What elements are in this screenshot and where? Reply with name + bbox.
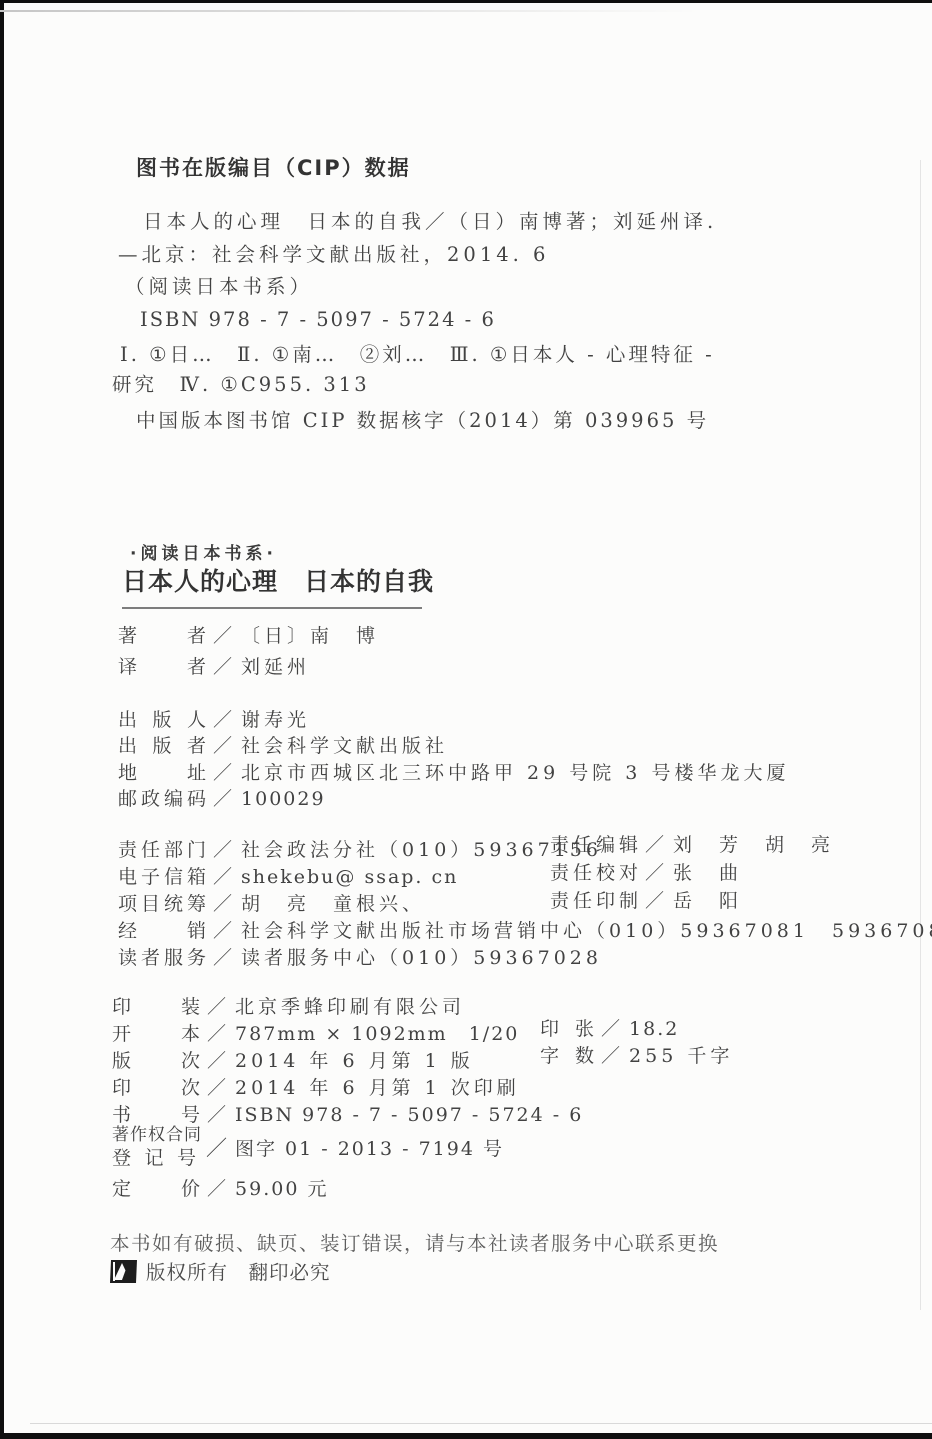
row-separator: ／ bbox=[207, 1075, 226, 1102]
page-edge-shadow-right bbox=[920, 160, 921, 1310]
info-row: 责任校对／张 曲 bbox=[550, 859, 834, 887]
row-value: 255 千字 bbox=[629, 1045, 733, 1067]
row-separator: ／ bbox=[213, 707, 232, 733]
publisher-logo-icon bbox=[110, 1260, 137, 1283]
row-label: 著者 bbox=[118, 621, 206, 652]
row-value: ISBN 978 - 7 - 5097 - 5724 - 6 bbox=[235, 1104, 583, 1126]
row-label: 字数 bbox=[540, 1043, 594, 1070]
cip-classification: Ⅰ. ①日… Ⅱ. ①南… ②刘… Ⅲ. ①日本人 - 心理特征 - 研究 Ⅳ.… bbox=[112, 340, 715, 400]
row-separator: ／ bbox=[601, 1043, 620, 1070]
info-row: 经销／社会科学文献出版社市场营销中心（010）59367081 59367089 bbox=[118, 918, 932, 945]
row-separator: ／ bbox=[207, 994, 226, 1021]
row-value: 18.2 bbox=[629, 1018, 679, 1040]
registration-value: 图字 01 - 2013 - 7194 号 bbox=[235, 1134, 504, 1161]
info-row: 印张／18.2 bbox=[540, 1016, 733, 1043]
translator-row: 译者／刘延州 bbox=[118, 652, 379, 683]
info-row: 责任编辑／刘 芳 胡 亮 bbox=[550, 831, 834, 859]
author-row: 著者／〔日〕南 博 bbox=[118, 621, 379, 652]
row-label: 开本 bbox=[112, 1021, 200, 1048]
row-label: 版次 bbox=[112, 1048, 200, 1075]
row-value: 2014 年 6 月第 1 版 bbox=[235, 1050, 474, 1072]
registration-row: 著作权合同 登记号 ／ 图字 01 - 2013 - 7194 号 bbox=[112, 1124, 504, 1170]
row-label: 责任部门 bbox=[118, 837, 206, 864]
cip-isbn-line: ISBN 978 - 7 - 5097 - 5724 - 6 bbox=[118, 304, 717, 337]
info-row: 印次／2014 年 6 月第 1 次印刷 bbox=[112, 1075, 583, 1102]
row-label: 经销 bbox=[118, 918, 206, 945]
cip-description-line: （阅读日本书系） bbox=[118, 271, 717, 304]
scan-edge-bottom bbox=[0, 1433, 932, 1439]
row-value: 社会科学文献出版社 bbox=[241, 735, 448, 757]
row-separator: ／ bbox=[213, 891, 232, 918]
info-row: 邮政编码／100029 bbox=[118, 786, 789, 812]
row-label: 印张 bbox=[540, 1016, 594, 1043]
registration-label-line2: 登记号 bbox=[112, 1146, 196, 1170]
publisher-block: 出版人／谢寿光 出版者／社会科学文献出版社 地址／北京市西城区北三环中路甲 29… bbox=[118, 707, 789, 813]
info-row: 字数／255 千字 bbox=[540, 1043, 733, 1070]
info-row: 印装／北京季蜂印刷有限公司 bbox=[112, 994, 583, 1021]
row-value: 社会科学文献出版社市场营销中心（010）59367081 59367089 bbox=[241, 920, 932, 942]
row-value: 787mm × 1092mm 1/20 bbox=[235, 1023, 519, 1045]
row-separator: ／ bbox=[213, 760, 232, 786]
row-value: 刘延州 bbox=[241, 656, 310, 678]
print-left-column: 印装／北京季蜂印刷有限公司 开本／787mm × 1092mm 1/20 版次／… bbox=[112, 994, 583, 1129]
row-value: 2014 年 6 月第 1 次印刷 bbox=[235, 1077, 520, 1099]
row-label: 电子信箱 bbox=[118, 864, 206, 891]
info-row: 责任印制／岳 阳 bbox=[550, 887, 834, 915]
staff-right-column: 责任编辑／刘 芳 胡 亮 责任校对／张 曲 责任印制／岳 阳 bbox=[550, 831, 834, 915]
info-row: 地址／北京市西城区北三环中路甲 29 号院 3 号楼华龙大厦 bbox=[118, 760, 789, 786]
row-label: 出版者 bbox=[118, 733, 206, 759]
row-label: 邮政编码 bbox=[118, 786, 206, 812]
cip-description: 日本人的心理 日本的自我／（日）南博著；刘延州译. —北京：社会科学文献出版社，… bbox=[118, 206, 717, 336]
row-value: 刘 芳 胡 亮 bbox=[673, 834, 834, 856]
info-row: 版次／2014 年 6 月第 1 版 bbox=[112, 1048, 583, 1075]
row-label: 地址 bbox=[118, 760, 206, 786]
row-label: 责任校对 bbox=[550, 859, 638, 887]
row-value: 北京季蜂印刷有限公司 bbox=[235, 996, 465, 1018]
row-separator: ／ bbox=[206, 1132, 227, 1162]
row-separator: ／ bbox=[213, 652, 232, 683]
row-value: shekebu@ ssap. cn bbox=[241, 866, 458, 888]
author-block: 著者／〔日〕南 博 译者／刘延州 bbox=[118, 621, 379, 683]
row-separator: ／ bbox=[213, 733, 232, 759]
cip-classification-line: Ⅰ. ①日… Ⅱ. ①南… ②刘… Ⅲ. ①日本人 - 心理特征 - bbox=[112, 340, 715, 370]
row-value: 谢寿光 bbox=[241, 709, 310, 731]
row-separator: ／ bbox=[213, 945, 232, 972]
registration-label: 著作权合同 登记号 bbox=[112, 1124, 202, 1170]
row-separator: ／ bbox=[645, 831, 664, 859]
scan-edge-left bbox=[0, 0, 4, 1439]
row-separator: ／ bbox=[207, 1048, 226, 1075]
info-row: 出版人／谢寿光 bbox=[118, 707, 789, 733]
row-separator: ／ bbox=[207, 1176, 226, 1202]
row-label: 印装 bbox=[112, 994, 200, 1021]
price-row: 定价／59.00 元 bbox=[112, 1176, 328, 1202]
row-value: 张 曲 bbox=[673, 862, 742, 884]
row-separator: ／ bbox=[645, 887, 664, 915]
info-row: 读者服务／读者服务中心（010）59367028 bbox=[118, 945, 932, 972]
row-value: 100029 bbox=[241, 788, 326, 810]
cip-description-line: —北京：社会科学文献出版社，2014. 6 bbox=[118, 239, 717, 272]
row-value: 北京市西城区北三环中路甲 29 号院 3 号楼华龙大厦 bbox=[241, 762, 789, 784]
row-label: 译者 bbox=[118, 652, 206, 683]
row-separator: ／ bbox=[213, 918, 232, 945]
row-separator: ／ bbox=[601, 1016, 620, 1043]
row-value: 59.00 元 bbox=[235, 1178, 328, 1200]
row-label: 责任编辑 bbox=[550, 831, 638, 859]
registration-label-line1: 著作权合同 bbox=[112, 1124, 202, 1146]
series-name: ·阅读日本书系· bbox=[130, 539, 277, 564]
title-divider bbox=[122, 607, 422, 609]
colophon-page: 图书在版编目（CIP）数据 日本人的心理 日本的自我／（日）南博著；刘延州译. … bbox=[0, 0, 932, 1439]
row-label: 项目统筹 bbox=[118, 891, 206, 918]
row-value: 社会政法分社（010）59367156 bbox=[241, 839, 602, 861]
damage-notice: 本书如有破损、缺页、装订错误，请与本社读者服务中心联系更换 bbox=[110, 1228, 719, 1256]
book-title: 日本人的心理 日本的自我 bbox=[122, 562, 434, 598]
copyright-text: 版权所有 翻印必究 bbox=[146, 1257, 331, 1285]
info-row: 出版者／社会科学文献出版社 bbox=[118, 733, 789, 759]
row-label: 印次 bbox=[112, 1075, 200, 1102]
row-label: 读者服务 bbox=[118, 945, 206, 972]
cip-description-line: 日本人的心理 日本的自我／（日）南博著；刘延州译. bbox=[118, 206, 717, 239]
row-value: 〔日〕南 博 bbox=[241, 625, 379, 647]
copyright-notice: 版权所有 翻印必究 bbox=[110, 1257, 331, 1285]
page-edge-shadow-bottom bbox=[30, 1423, 932, 1424]
page-edge-shadow-top bbox=[0, 10, 700, 12]
info-row: 开本／787mm × 1092mm 1/20 bbox=[112, 1021, 583, 1048]
row-separator: ／ bbox=[213, 837, 232, 864]
row-separator: ／ bbox=[213, 864, 232, 891]
row-value: 岳 阳 bbox=[673, 890, 742, 912]
row-label: 出版人 bbox=[118, 707, 206, 733]
cip-heading: 图书在版编目（CIP）数据 bbox=[136, 152, 411, 182]
row-separator: ／ bbox=[213, 786, 232, 812]
row-separator: ／ bbox=[207, 1021, 226, 1048]
row-separator: ／ bbox=[213, 621, 232, 652]
row-value: 读者服务中心（010）59367028 bbox=[241, 947, 602, 969]
cip-record-number: 中国版本图书馆 CIP 数据核字（2014）第 039965 号 bbox=[136, 405, 709, 433]
row-value: 胡 亮 童根兴、 bbox=[241, 893, 425, 915]
row-label: 责任印制 bbox=[550, 887, 638, 915]
row-separator: ／ bbox=[645, 859, 664, 887]
cip-classification-line: 研究 Ⅳ. ①C955. 313 bbox=[112, 370, 715, 400]
scan-edge-top bbox=[0, 0, 932, 3]
print-right-column: 印张／18.2 字数／255 千字 bbox=[540, 1016, 733, 1070]
row-label: 定价 bbox=[112, 1176, 200, 1202]
